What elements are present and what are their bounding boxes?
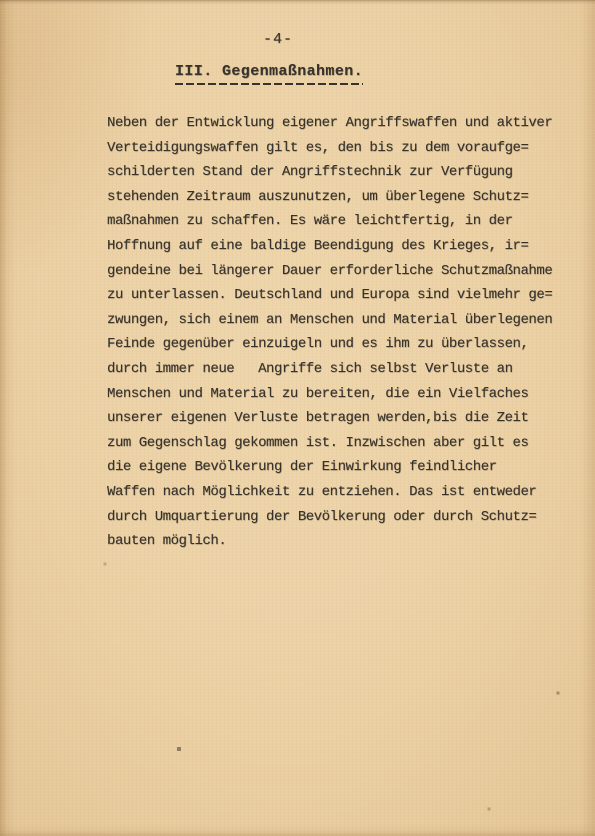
ink-specks (0, 0, 2, 2)
paragraph-line: Neben der Entwicklung eigener Angriffswa… (107, 111, 567, 136)
paragraph-line: Verteidigungswaffen gilt es, den bis zu … (107, 136, 567, 161)
paragraph-line: die eigene Bevölkerung der Einwirkung fe… (107, 455, 567, 480)
paragraph-line: unserer eigenen Verluste betragen werden… (107, 406, 567, 431)
paragraph-line: maßnahmen zu schaffen. Es wäre leichtfer… (107, 209, 567, 234)
page-number: -4- (263, 31, 293, 48)
paragraph-line: gendeine bei längerer Dauer erforderlich… (107, 259, 567, 284)
paragraph-block: Neben der Entwicklung eigener Angriffswa… (107, 111, 567, 554)
paragraph-line: Hoffnung auf eine baldige Beendigung des… (107, 234, 567, 259)
section-heading: III. Gegenmaßnahmen. (175, 63, 363, 85)
paragraph-line: durch Umquartierung der Bevölkerung oder… (107, 505, 567, 530)
paragraph-line: Feinde gegenüber einzuigeln und es ihm z… (107, 332, 567, 357)
paragraph-line: stehenden Zeitraum auszunutzen, um überl… (107, 185, 567, 210)
paragraph-line: zwungen, sich einem an Menschen und Mate… (107, 308, 567, 333)
paragraph-line: zum Gegenschlag gekommen ist. Inzwischen… (107, 431, 567, 456)
paragraph-line: zu unterlassen. Deutschland und Europa s… (107, 283, 567, 308)
paragraph-line: Waffen nach Möglichkeit zu entziehen. Da… (107, 480, 567, 505)
scanned-document-page: -4- III. Gegenmaßnahmen. Neben der Entwi… (0, 0, 595, 836)
paragraph-line: Menschen und Material zu bereiten, die e… (107, 382, 567, 407)
paragraph-line: durch immer neue Angriffe sich selbst Ve… (107, 357, 567, 382)
paragraph-line: schilderten Stand der Angriffstechnik zu… (107, 160, 567, 185)
paragraph-line: bauten möglich. (107, 529, 567, 554)
